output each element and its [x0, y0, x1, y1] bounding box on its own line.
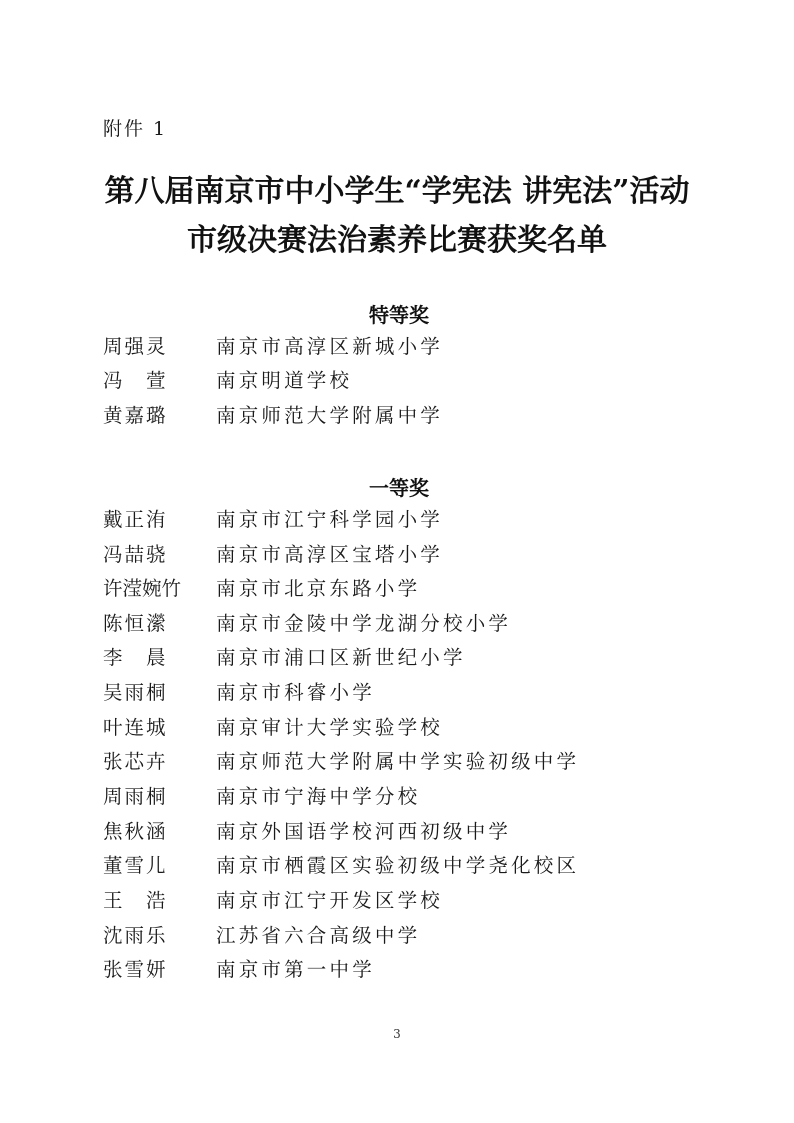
- winner-school: 南京市宁海中学分校: [216, 782, 420, 812]
- winner-name: 黄嘉璐: [103, 401, 213, 431]
- winner-name: 沈雨乐: [103, 921, 213, 951]
- winner-school: 南京市浦口区新世纪小学: [216, 643, 466, 673]
- winner-name: 戴正洧: [103, 505, 213, 535]
- winner-name: 周雨桐: [103, 782, 213, 812]
- winner-name: 王 浩: [103, 886, 213, 916]
- document-title-line-2: 市级决赛法治素养比赛获奖名单: [0, 215, 794, 259]
- winner-school: 南京市高淳区新城小学: [216, 332, 443, 362]
- section-heading-special-prize: 特等奖: [0, 299, 794, 328]
- page-number: 3: [0, 1027, 794, 1041]
- winner-name: 冯喆骁: [103, 540, 213, 570]
- winner-name: 吴雨桐: [103, 678, 213, 708]
- winner-school: 南京市栖霞区实验初级中学尧化校区: [216, 851, 579, 881]
- winner-name: 许滢婉竹: [103, 574, 213, 604]
- winner-name: 李 晨: [103, 643, 213, 673]
- winner-school: 南京市江宁开发区学校: [216, 886, 443, 916]
- winner-school: 南京审计大学实验学校: [216, 713, 443, 743]
- winner-school: 南京市高淳区宝塔小学: [216, 540, 443, 570]
- winner-name: 陈恒瀠: [103, 609, 213, 639]
- winner-school: 南京市江宁科学园小学: [216, 505, 443, 535]
- winner-school: 南京市科睿小学: [216, 678, 375, 708]
- winner-name: 焦秋涵: [103, 817, 213, 847]
- attachment-label: 附件 1: [103, 114, 167, 141]
- winner-name: 周强灵: [103, 332, 213, 362]
- winner-name: 董雪儿: [103, 851, 213, 881]
- winner-school: 江苏省六合高级中学: [216, 921, 420, 951]
- winner-name: 张芯卉: [103, 747, 213, 777]
- winner-school: 南京师范大学附属中学实验初级中学: [216, 747, 579, 777]
- winner-school: 南京师范大学附属中学: [216, 401, 443, 431]
- section-heading-first-prize: 一等奖: [0, 472, 794, 501]
- winner-school: 南京外国语学校河西初级中学: [216, 817, 511, 847]
- winner-school: 南京明道学校: [216, 366, 352, 396]
- winner-school: 南京市北京东路小学: [216, 574, 420, 604]
- winner-name: 张雪妍: [103, 955, 213, 985]
- winner-name: 叶连城: [103, 713, 213, 743]
- winner-school: 南京市第一中学: [216, 955, 375, 985]
- winner-school: 南京市金陵中学龙湖分校小学: [216, 609, 511, 639]
- winner-name: 冯 萱: [103, 366, 213, 396]
- document-title-line-1: 第八届南京市中小学生“学宪法 讲宪法”活动: [0, 166, 794, 210]
